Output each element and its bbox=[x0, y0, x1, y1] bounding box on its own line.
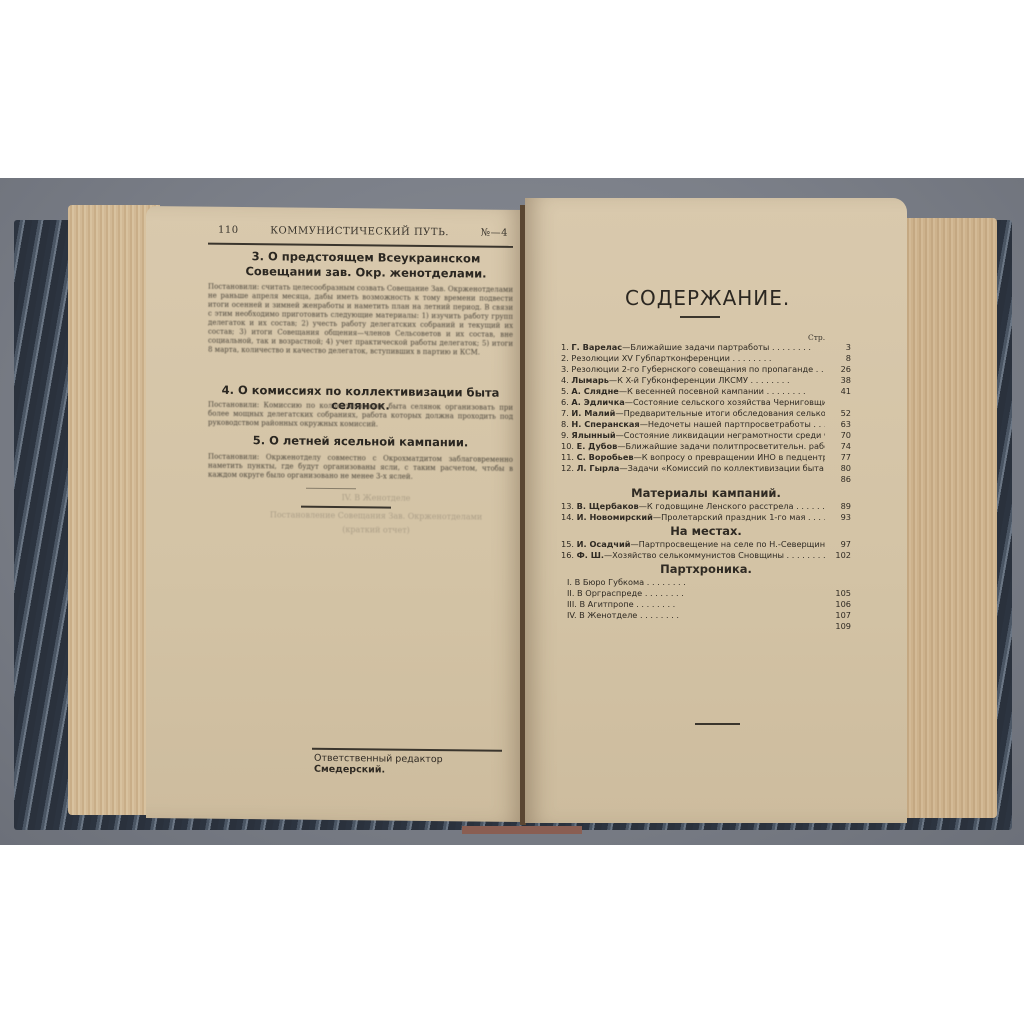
show-through-text: Постановление Совещания Зав. Окрженотдел… bbox=[246, 509, 506, 523]
toc-entry: 11. С. Воробьев—К вопросу о превращении … bbox=[561, 452, 851, 463]
end-rule bbox=[695, 723, 740, 725]
toc-entry-page: 107 bbox=[825, 610, 851, 621]
toc-entry: 86 bbox=[561, 474, 851, 485]
page-column-label: Стр. bbox=[808, 333, 825, 342]
toc-entry-text: Резолюции XV Губпартконференции . . . . … bbox=[571, 353, 771, 363]
toc-entry-page: 70 bbox=[825, 430, 851, 441]
toc-entry-author: Е. Дубов bbox=[577, 441, 618, 451]
toc-entry-page: 8 bbox=[825, 353, 851, 364]
toc-entry-number: 2. bbox=[561, 353, 571, 363]
toc-entry-page: 52 bbox=[825, 408, 851, 419]
toc-entry-author: И. Осадчий bbox=[577, 539, 631, 549]
toc-entry-page: 97 bbox=[825, 539, 851, 550]
toc-entry-page: 105 bbox=[825, 588, 851, 599]
toc-entry-title: 14. И. Новомирский—Пролетарский праздник… bbox=[561, 512, 825, 523]
toc-entry-number: II. bbox=[567, 588, 577, 598]
table-of-contents: 1. Г. Варелас—Ближайшие задачи партработ… bbox=[561, 342, 851, 632]
toc-section-heading: Материалы кампаний. bbox=[561, 488, 851, 499]
toc-entry-number: 7. bbox=[561, 408, 571, 418]
toc-entry-title: 4. Лымарь—К X-й Губконференции ЛКСМУ . .… bbox=[561, 375, 825, 386]
divider bbox=[306, 488, 356, 490]
toc-entry-title: 7. И. Малий—Предварительные итоги обслед… bbox=[561, 408, 825, 419]
toc-entry-title: 1. Г. Варелас—Ближайшие задачи партработ… bbox=[561, 342, 825, 353]
toc-entry-text: —Состояние ликвидации неграмотности сред… bbox=[616, 430, 825, 440]
toc-entry-number: 13. bbox=[561, 501, 577, 511]
toc-entry-title: 3. Резолюции 2-го Губернского совещания … bbox=[561, 364, 825, 375]
toc-entry-number: 12. bbox=[561, 463, 577, 473]
toc-entry-page: 106 bbox=[825, 599, 851, 610]
toc-entry-author: Л. Гырла bbox=[577, 463, 620, 473]
left-page: 110 КОММУНИСТИЧЕСКИЙ ПУТЬ. №—4 3. О пред… bbox=[146, 206, 523, 822]
toc-entry-text: В Агитпропе . . . . . . . . bbox=[579, 599, 675, 609]
toc-entry-page: 26 bbox=[825, 364, 851, 375]
toc-entry-text: В Орграспреде . . . . . . . . bbox=[577, 588, 684, 598]
toc-entry-text: —К годовщине Ленского расстрела . . . . … bbox=[639, 501, 825, 511]
toc-entry: 13. В. Щербаков—К годовщине Ленского рас… bbox=[561, 501, 851, 512]
toc-entry-title: 16. Ф. Ш.—Хозяйство селькоммунистов Снов… bbox=[561, 550, 825, 561]
toc-entry-number: 5. bbox=[561, 386, 571, 396]
toc-entry-page: 109 bbox=[825, 621, 851, 632]
right-page-block bbox=[905, 218, 997, 818]
toc-entry-title: 12. Л. Гырла—Задачи «Комиссий по коллект… bbox=[561, 463, 825, 474]
toc-entry-text: —Задачи «Комиссий по коллективизации быт… bbox=[619, 463, 825, 473]
toc-section-heading: Партхроника. bbox=[561, 564, 851, 575]
toc-entry: 6. А. Эдличка—Состояние сельского хозяйс… bbox=[561, 397, 851, 408]
section-body: Постановили: считать целесообразным созв… bbox=[208, 283, 513, 358]
toc-entry-page: 38 bbox=[825, 375, 851, 386]
toc-entry-number: 4. bbox=[561, 375, 571, 385]
toc-entry-text: —Хозяйство селькоммунистов Сновщины . . … bbox=[604, 550, 825, 560]
toc-entry-text: —К вопросу о превращении ИНО в педцентр … bbox=[634, 452, 825, 462]
toc-entry-number: 14. bbox=[561, 512, 577, 522]
running-head: 110 КОММУНИСТИЧЕСКИЙ ПУТЬ. №—4 bbox=[218, 225, 508, 239]
toc-entry-title: 2. Резолюции XV Губпартконференции . . .… bbox=[561, 353, 825, 364]
toc-entry-title: 15. И. Осадчий—Партпросвещение на селе п… bbox=[561, 539, 825, 550]
toc-entry: 4. Лымарь—К X-й Губконференции ЛКСМУ . .… bbox=[561, 375, 851, 386]
toc-entry-title: 13. В. Щербаков—К годовщине Ленского рас… bbox=[561, 501, 825, 512]
toc-entry-page: 74 bbox=[825, 441, 851, 452]
toc-entry: IV. В Женотделе . . . . . . . .107 bbox=[561, 610, 851, 621]
toc-entry-text: —Предварительные итоги обследования сель… bbox=[615, 408, 825, 418]
toc-entry-text: —К X-й Губконференции ЛКСМУ . . . . . . … bbox=[609, 375, 790, 385]
divider bbox=[301, 506, 391, 509]
toc-entry-title: 5. А. Слядне—К весенней посевной кампани… bbox=[561, 386, 825, 397]
toc-entry-page: 93 bbox=[825, 512, 851, 523]
toc-entry-number: 8. bbox=[561, 419, 571, 429]
toc-entry-title: 11. С. Воробьев—К вопросу о превращении … bbox=[561, 452, 825, 463]
toc-entry-title: 9. Ялынный—Состояние ликвидации неграмот… bbox=[561, 430, 825, 441]
toc-entry-text: В Бюро Губкома . . . . . . . . bbox=[575, 577, 686, 587]
toc-entry: 8. Н. Сперанская—Недочеты нашей партпрос… bbox=[561, 419, 851, 430]
toc-entry: 9. Ялынный—Состояние ликвидации неграмот… bbox=[561, 430, 851, 441]
toc-entry-text: —Недочеты нашей партпросветработы . . . … bbox=[640, 419, 825, 429]
toc-entry-number: 1. bbox=[561, 342, 571, 352]
toc-entry-number: 15. bbox=[561, 539, 577, 549]
toc-entry-page: 89 bbox=[825, 501, 851, 512]
toc-entry-author: В. Щербаков bbox=[577, 501, 639, 511]
toc-entry-title: 8. Н. Сперанская—Недочеты нашей партпрос… bbox=[561, 419, 825, 430]
editor-line: Ответственный редактор Смедерский. bbox=[314, 753, 514, 777]
page-number: 110 bbox=[218, 225, 239, 236]
toc-entry: 14. И. Новомирский—Пролетарский праздник… bbox=[561, 512, 851, 523]
toc-entry-number: 10. bbox=[561, 441, 577, 451]
editor-rule bbox=[312, 748, 502, 751]
toc-entry: 2. Резолюции XV Губпартконференции . . .… bbox=[561, 353, 851, 364]
toc-entry-author: Н. Сперанская bbox=[571, 419, 639, 429]
toc-entry-number: 9. bbox=[561, 430, 571, 440]
toc-section-heading: На местах. bbox=[561, 526, 851, 537]
toc-entry-author: Лымарь bbox=[571, 375, 608, 385]
toc-entry-page bbox=[825, 577, 851, 588]
toc-entry: 12. Л. Гырла—Задачи «Комиссий по коллект… bbox=[561, 463, 851, 474]
toc-entry-text: —Партпросвещение на селе по Н.-Северщине… bbox=[630, 539, 825, 549]
journal-title: КОММУНИСТИЧЕСКИЙ ПУТЬ. bbox=[270, 225, 449, 238]
toc-entry-author: Г. Варелас bbox=[571, 342, 622, 352]
toc-entry-text: —Состояние сельского хозяйства Черниговщ… bbox=[625, 397, 825, 407]
toc-entry-number: III. bbox=[567, 599, 579, 609]
header-rule bbox=[208, 243, 513, 248]
title-rule bbox=[680, 316, 720, 318]
toc-entry-title: II. В Орграспреде . . . . . . . . bbox=[561, 588, 825, 599]
toc-entry-page: 77 bbox=[825, 452, 851, 463]
toc-entry-author: С. Воробьев bbox=[577, 452, 634, 462]
toc-entry-title: 6. А. Эдличка—Состояние сельского хозяйс… bbox=[561, 397, 825, 408]
toc-entry-text: —Пролетарский праздник 1-го мая . . . . … bbox=[653, 512, 825, 522]
toc-entry-page: 102 bbox=[825, 550, 851, 561]
toc-entry-text: —Ближайшие задачи политпросветительн. ра… bbox=[617, 441, 825, 451]
toc-entry-text: —Ближайшие задачи партработы . . . . . .… bbox=[622, 342, 811, 352]
toc-entry-page bbox=[825, 397, 851, 408]
toc-entry: I. В Бюро Губкома . . . . . . . . bbox=[561, 577, 851, 588]
toc-entry-page: 63 bbox=[825, 419, 851, 430]
toc-entry-author: И. Новомирский bbox=[577, 512, 653, 522]
toc-entry-author: Ф. Ш. bbox=[577, 550, 604, 560]
toc-entry-title: III. В Агитпропе . . . . . . . . bbox=[561, 599, 825, 610]
toc-entry: 5. А. Слядне—К весенней посевной кампани… bbox=[561, 386, 851, 397]
editor-name: Смедерский. bbox=[314, 764, 385, 776]
toc-entry-author: А. Эдличка bbox=[571, 397, 624, 407]
toc-entry-author: И. Малий bbox=[571, 408, 615, 418]
toc-entry-number: IV. bbox=[567, 610, 579, 620]
toc-entry-text: —К весенней посевной кампании . . . . . … bbox=[619, 386, 806, 396]
toc-entry: 1. Г. Варелас—Ближайшие задачи партработ… bbox=[561, 342, 851, 353]
section-body: Постановили: Окрженотделу совместно с Ок… bbox=[208, 453, 513, 483]
section-heading: 3. О предстоящем Всеукраинском Совещании… bbox=[216, 249, 516, 282]
section-body: Постановили: Комиссию по коллективизации… bbox=[208, 401, 513, 431]
section-heading: 5. О летней ясельной кампании. bbox=[208, 433, 513, 450]
toc-entry: III. В Агитпропе . . . . . . . .106 bbox=[561, 599, 851, 610]
toc-entry-page: 3 bbox=[825, 342, 851, 353]
spine-headband bbox=[462, 826, 582, 834]
toc-entry-page: 86 bbox=[825, 474, 851, 485]
toc-entry-number: I. bbox=[567, 577, 575, 587]
toc-entry: 109 bbox=[561, 621, 851, 632]
toc-entry: 10. Е. Дубов—Ближайшие задачи политпросв… bbox=[561, 441, 851, 452]
toc-entry: II. В Орграспреде . . . . . . . .105 bbox=[561, 588, 851, 599]
toc-entry-text: В Женотделе . . . . . . . . bbox=[579, 610, 679, 620]
toc-entry-title: I. В Бюро Губкома . . . . . . . . bbox=[561, 577, 825, 588]
show-through-text: IV. В Женотделе bbox=[246, 491, 506, 505]
toc-entry-author: А. Слядне bbox=[571, 386, 618, 396]
toc-entry-title bbox=[561, 621, 825, 632]
toc-entry-number: 3. bbox=[561, 364, 571, 374]
toc-entry: 3. Резолюции 2-го Губернского совещания … bbox=[561, 364, 851, 375]
contents-title: СОДЕРЖАНИЕ. bbox=[625, 286, 805, 310]
toc-entry-title bbox=[561, 474, 825, 485]
toc-entry-text: Резолюции 2-го Губернского совещания по … bbox=[571, 364, 825, 374]
toc-entry-title: 10. Е. Дубов—Ближайшие задачи политпросв… bbox=[561, 441, 825, 452]
issue-number: №—4 bbox=[481, 228, 508, 239]
right-page: СОДЕРЖАНИЕ. Стр. 1. Г. Варелас—Ближайшие… bbox=[525, 198, 907, 823]
toc-entry-number: 11. bbox=[561, 452, 577, 462]
toc-entry: 15. И. Осадчий—Партпросвещение на селе п… bbox=[561, 539, 851, 550]
show-through-text: (краткий отчет) bbox=[246, 523, 506, 537]
toc-entry: 16. Ф. Ш.—Хозяйство селькоммунистов Снов… bbox=[561, 550, 851, 561]
toc-entry: 7. И. Малий—Предварительные итоги обслед… bbox=[561, 408, 851, 419]
toc-entry-title: IV. В Женотделе . . . . . . . . bbox=[561, 610, 825, 621]
toc-entry-page: 41 bbox=[825, 386, 851, 397]
toc-entry-page: 80 bbox=[825, 463, 851, 474]
toc-entry-number: 16. bbox=[561, 550, 577, 560]
toc-entry-author: Ялынный bbox=[571, 430, 615, 440]
toc-entry-number: 6. bbox=[561, 397, 571, 407]
